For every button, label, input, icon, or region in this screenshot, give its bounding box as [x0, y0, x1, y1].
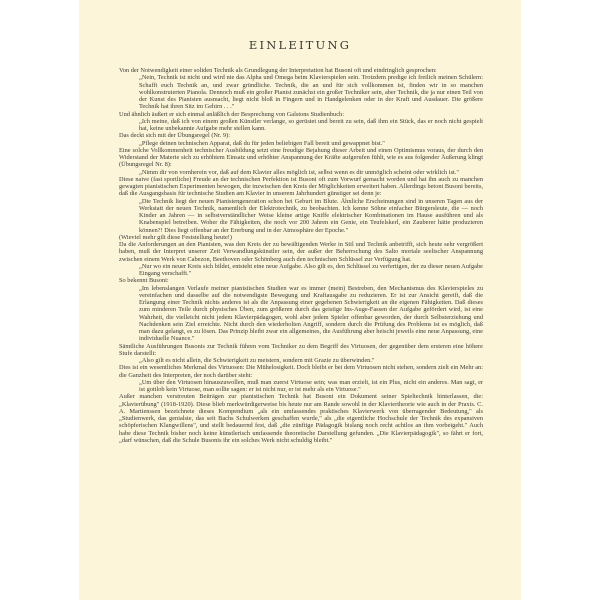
quote: „Also gilt es nicht allein, die Schwieri… — [139, 357, 483, 364]
paragraph: (Wieviel mehr gilt diese Feststellung he… — [119, 234, 483, 241]
paragraph: Da die Anforderungen an den Pianisten, w… — [119, 241, 483, 263]
quote: „Nimm dir von vornherein vor, daß auf de… — [139, 169, 483, 176]
paragraph: Sämtliche Ausführungen Busonis zur Techn… — [119, 343, 483, 358]
quote: „Die Technik liegt der neuen Pianistenge… — [139, 198, 483, 234]
page-body: Von der Notwendigkeit einer soliden Tech… — [119, 67, 483, 444]
page-title: EINLEITUNG — [79, 38, 521, 52]
paragraph: Außer manchen verstreuten Beiträgen zur … — [119, 393, 483, 444]
paragraph: Eine solche Vollkommenheit technischer A… — [119, 147, 483, 169]
quote: „Um über den Virtuosen hinauszuwollen, m… — [139, 379, 483, 394]
quote: „Nein, Technik ist nicht und wird nie da… — [139, 74, 483, 110]
paragraph: So bekennt Busoni: — [119, 277, 483, 284]
quote: „Pflege deinen technischen Apparat, daß … — [139, 140, 483, 147]
paragraph: Von der Notwendigkeit einer soliden Tech… — [119, 67, 483, 74]
quote: „Ich meine, daß ich von einem großen Kün… — [139, 118, 483, 133]
paragraph: Das deckt sich mit der Übungsregel (Nr. … — [119, 132, 483, 139]
document-page: EINLEITUNG Von der Notwendigkeit einer s… — [79, 0, 521, 600]
paragraph: Und ähnlich äußert er sich einmal anläßl… — [119, 111, 483, 118]
paragraph: Diese naive (fast sportliche) Freude an … — [119, 176, 483, 198]
paragraph: Dies ist ein wesentliches Merkmal des Vi… — [119, 364, 483, 379]
quote: „Nur wo ein neuer Kreis sich bildet, ent… — [139, 263, 483, 278]
quote: „Im lebenslangen Verlaufe meiner pianist… — [139, 285, 483, 343]
